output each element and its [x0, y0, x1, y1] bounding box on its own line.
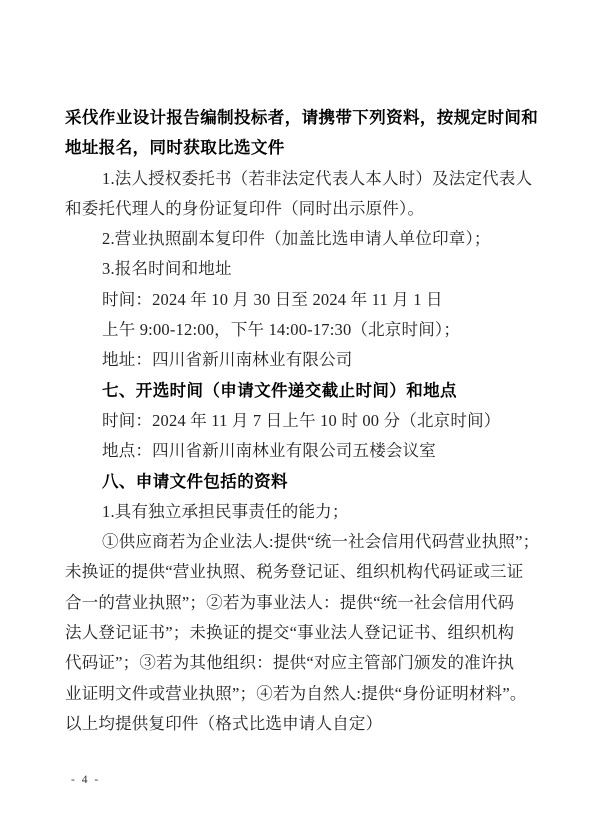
text-line: 上午 9:00-12:00，下午 14:00-17:30（北京时间）； — [65, 315, 523, 345]
text-line: 3.报名时间和地址 — [65, 254, 523, 284]
text-line: 以上均提供复印件（格式比选申请人自定） — [65, 709, 523, 739]
text-line: 1.法人授权委托书（若非法定代表人本人时）及法定代表人 — [65, 164, 523, 194]
section-heading-8: 八、申请文件包括的资料 — [65, 467, 523, 497]
text-line: 地址：四川省新川南林业有限公司 — [65, 345, 523, 375]
text-line: 合一的营业执照”；②若为事业法人：提供“统一社会信用代码 — [65, 588, 523, 618]
page-number: - 4 - — [71, 774, 100, 786]
text-line: 未换证的提供“营业执照、税务登记证、组织机构代码证或三证 — [65, 557, 523, 587]
text-line: 和委托代理人的身份证复印件（同时出示原件）。 — [65, 194, 523, 224]
text-line: 业证明文件或营业执照”；④若为自然人:提供“身份证明材料”。 — [65, 679, 523, 709]
text-line: 时间：2024 年 11 月 7 日上午 10 时 00 分（北京时间） — [65, 406, 523, 436]
section-heading-7: 七、开选时间（申请文件递交截止时间）和地点 — [65, 376, 523, 406]
document-page: 采伐作业设计报告编制投标者，请携带下列资料，按规定时间和 地址报名，同时获取比选… — [0, 0, 589, 839]
text-line: 1.具有独立承担民事责任的能力； — [65, 497, 523, 527]
text-line: 2.营业执照副本复印件（加盖比选申请人单位印章）； — [65, 224, 523, 254]
text-line: 时间：2024 年 10 月 30 日至 2024 年 11 月 1 日 — [65, 285, 523, 315]
heading-line: 采伐作业设计报告编制投标者，请携带下列资料，按规定时间和 — [65, 103, 523, 133]
text-line: 地点：四川省新川南林业有限公司五楼会议室 — [65, 436, 523, 466]
text-line: 法人登记证书”；未换证的提交“事业法人登记证书、组织机构 — [65, 618, 523, 648]
text-line: ①供应商若为企业法人:提供“统一社会信用代码营业执照”； — [65, 527, 523, 557]
document-body: 采伐作业设计报告编制投标者，请携带下列资料，按规定时间和 地址报名，同时获取比选… — [65, 103, 523, 739]
heading-line: 地址报名，同时获取比选文件 — [65, 133, 523, 163]
text-line: 代码证”；③若为其他组织：提供“对应主管部门颁发的准许执 — [65, 648, 523, 678]
